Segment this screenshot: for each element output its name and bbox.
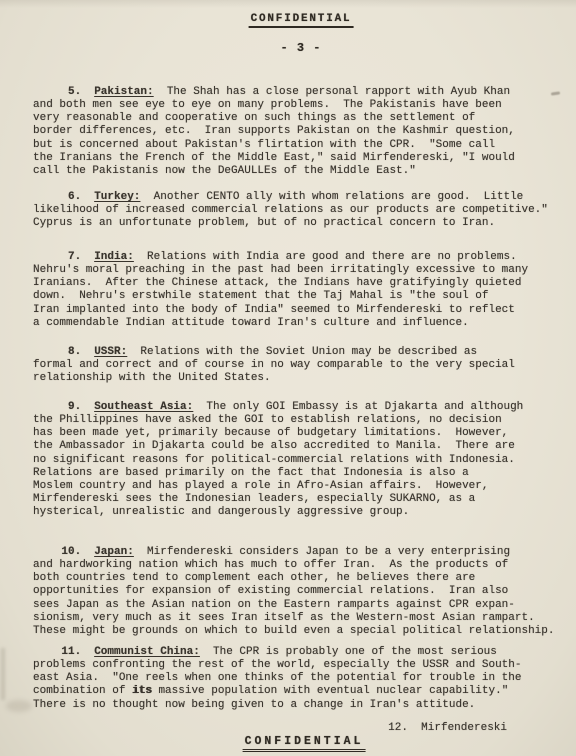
paragraph-11-communist-china: 11.Communist China: The CPR is probably … xyxy=(33,646,565,712)
scan-artifact xyxy=(0,0,576,8)
paragraph-first-line-text: Another CENTO ally with whom relations a… xyxy=(140,191,523,203)
paragraph-first-line-text: Relations with India are good and there … xyxy=(134,251,517,263)
paragraph-body: problems confronting the rest of the wor… xyxy=(33,659,565,685)
paragraph-number: 9. xyxy=(68,401,81,413)
paragraph-first-line-text: Mirfendereski considers Japan to be a ve… xyxy=(134,546,510,558)
paragraph-heading: Communist China: xyxy=(94,646,200,658)
paragraph-heading: Pakistan: xyxy=(94,86,153,98)
paragraph-first-line: 8.USSR: Relations with the Soviet Union … xyxy=(33,346,565,359)
overstruck-word: its xyxy=(132,685,152,697)
document-page: CONFIDENTIAL - 3 - 5.Pakistan: The Shah … xyxy=(0,0,576,756)
paragraph-first-line-text: The Shah has a close personal rapport wi… xyxy=(154,86,510,98)
paragraph-9-southeast-asia: 9.Southeast Asia: The only GOI Embassy i… xyxy=(33,401,565,519)
paragraph-number: 10. xyxy=(61,546,81,558)
paragraph-number: 5. xyxy=(68,86,81,98)
scan-artifact xyxy=(1,648,5,700)
paragraph-number: 8. xyxy=(68,346,81,358)
paragraph-body: the Phillippines have asked the GOI to e… xyxy=(33,414,565,519)
paragraph-first-line-text: The only GOI Embassy is at Djakarta and … xyxy=(193,401,523,413)
paragraph-body: formal and correct and of course in no w… xyxy=(33,359,565,385)
paragraph-body: and both men see eye to eye on many prob… xyxy=(33,99,565,178)
signature-line: 12. Mirfendereski xyxy=(388,722,507,734)
paragraph-first-line: 6.Turkey: Another CENTO ally with whom r… xyxy=(33,191,565,204)
paragraph-first-line-text: Relations with the Soviet Union may be d… xyxy=(127,346,477,358)
paragraph-first-line: 7.India: Relations with India are good a… xyxy=(33,251,565,264)
paragraph-heading: India: xyxy=(94,251,134,263)
paragraph-first-line: 11.Communist China: The CPR is probably … xyxy=(33,646,565,659)
paragraph-8-ussr: 8.USSR: Relations with the Soviet Union … xyxy=(33,346,565,385)
paragraph-10-japan: 10.Japan: Mirfendereski considers Japan … xyxy=(33,546,565,638)
page-number: - 3 - xyxy=(280,41,321,55)
paragraph-first-line: 9.Southeast Asia: The only GOI Embassy i… xyxy=(33,401,565,414)
paragraph-7-india: 7.India: Relations with India are good a… xyxy=(33,251,565,330)
paragraph-5-pakistan: 5.Pakistan: The Shah has a close persona… xyxy=(33,86,565,178)
scan-artifact xyxy=(6,700,32,712)
paragraph-heading: Japan: xyxy=(94,546,134,558)
paragraph-body: and hardworking nation which has much to… xyxy=(33,559,565,638)
line-segment: combination of xyxy=(33,685,132,697)
paragraph-body: Nehru's moral preaching in the past had … xyxy=(33,264,565,330)
paragraph-number: 11. xyxy=(61,646,81,658)
paragraph-heading: Southeast Asia: xyxy=(94,401,193,413)
paragraph-first-line: 5.Pakistan: The Shah has a close persona… xyxy=(33,86,565,99)
paragraph-number: 6. xyxy=(68,191,81,203)
paragraph-first-line: 10.Japan: Mirfendereski considers Japan … xyxy=(33,546,565,559)
classification-footer: CONFIDENTIAL xyxy=(243,735,366,752)
paragraph-line-overstrike: combination of its massive population wi… xyxy=(33,685,565,698)
classification-header: CONFIDENTIAL xyxy=(249,13,354,28)
paragraph-heading: Turkey: xyxy=(94,191,140,203)
paragraph-number: 7. xyxy=(68,251,81,263)
paragraph-body: likelihood of increased commercial relat… xyxy=(33,204,565,230)
paragraph-first-line-text: The CPR is probably one of the most seri… xyxy=(200,646,497,658)
line-segment: massive population with eventual nuclear… xyxy=(152,685,508,697)
paragraph-heading: USSR: xyxy=(94,346,127,358)
paragraph-body: There is no thought now being given to a… xyxy=(33,699,565,712)
paragraph-6-turkey: 6.Turkey: Another CENTO ally with whom r… xyxy=(33,191,565,230)
